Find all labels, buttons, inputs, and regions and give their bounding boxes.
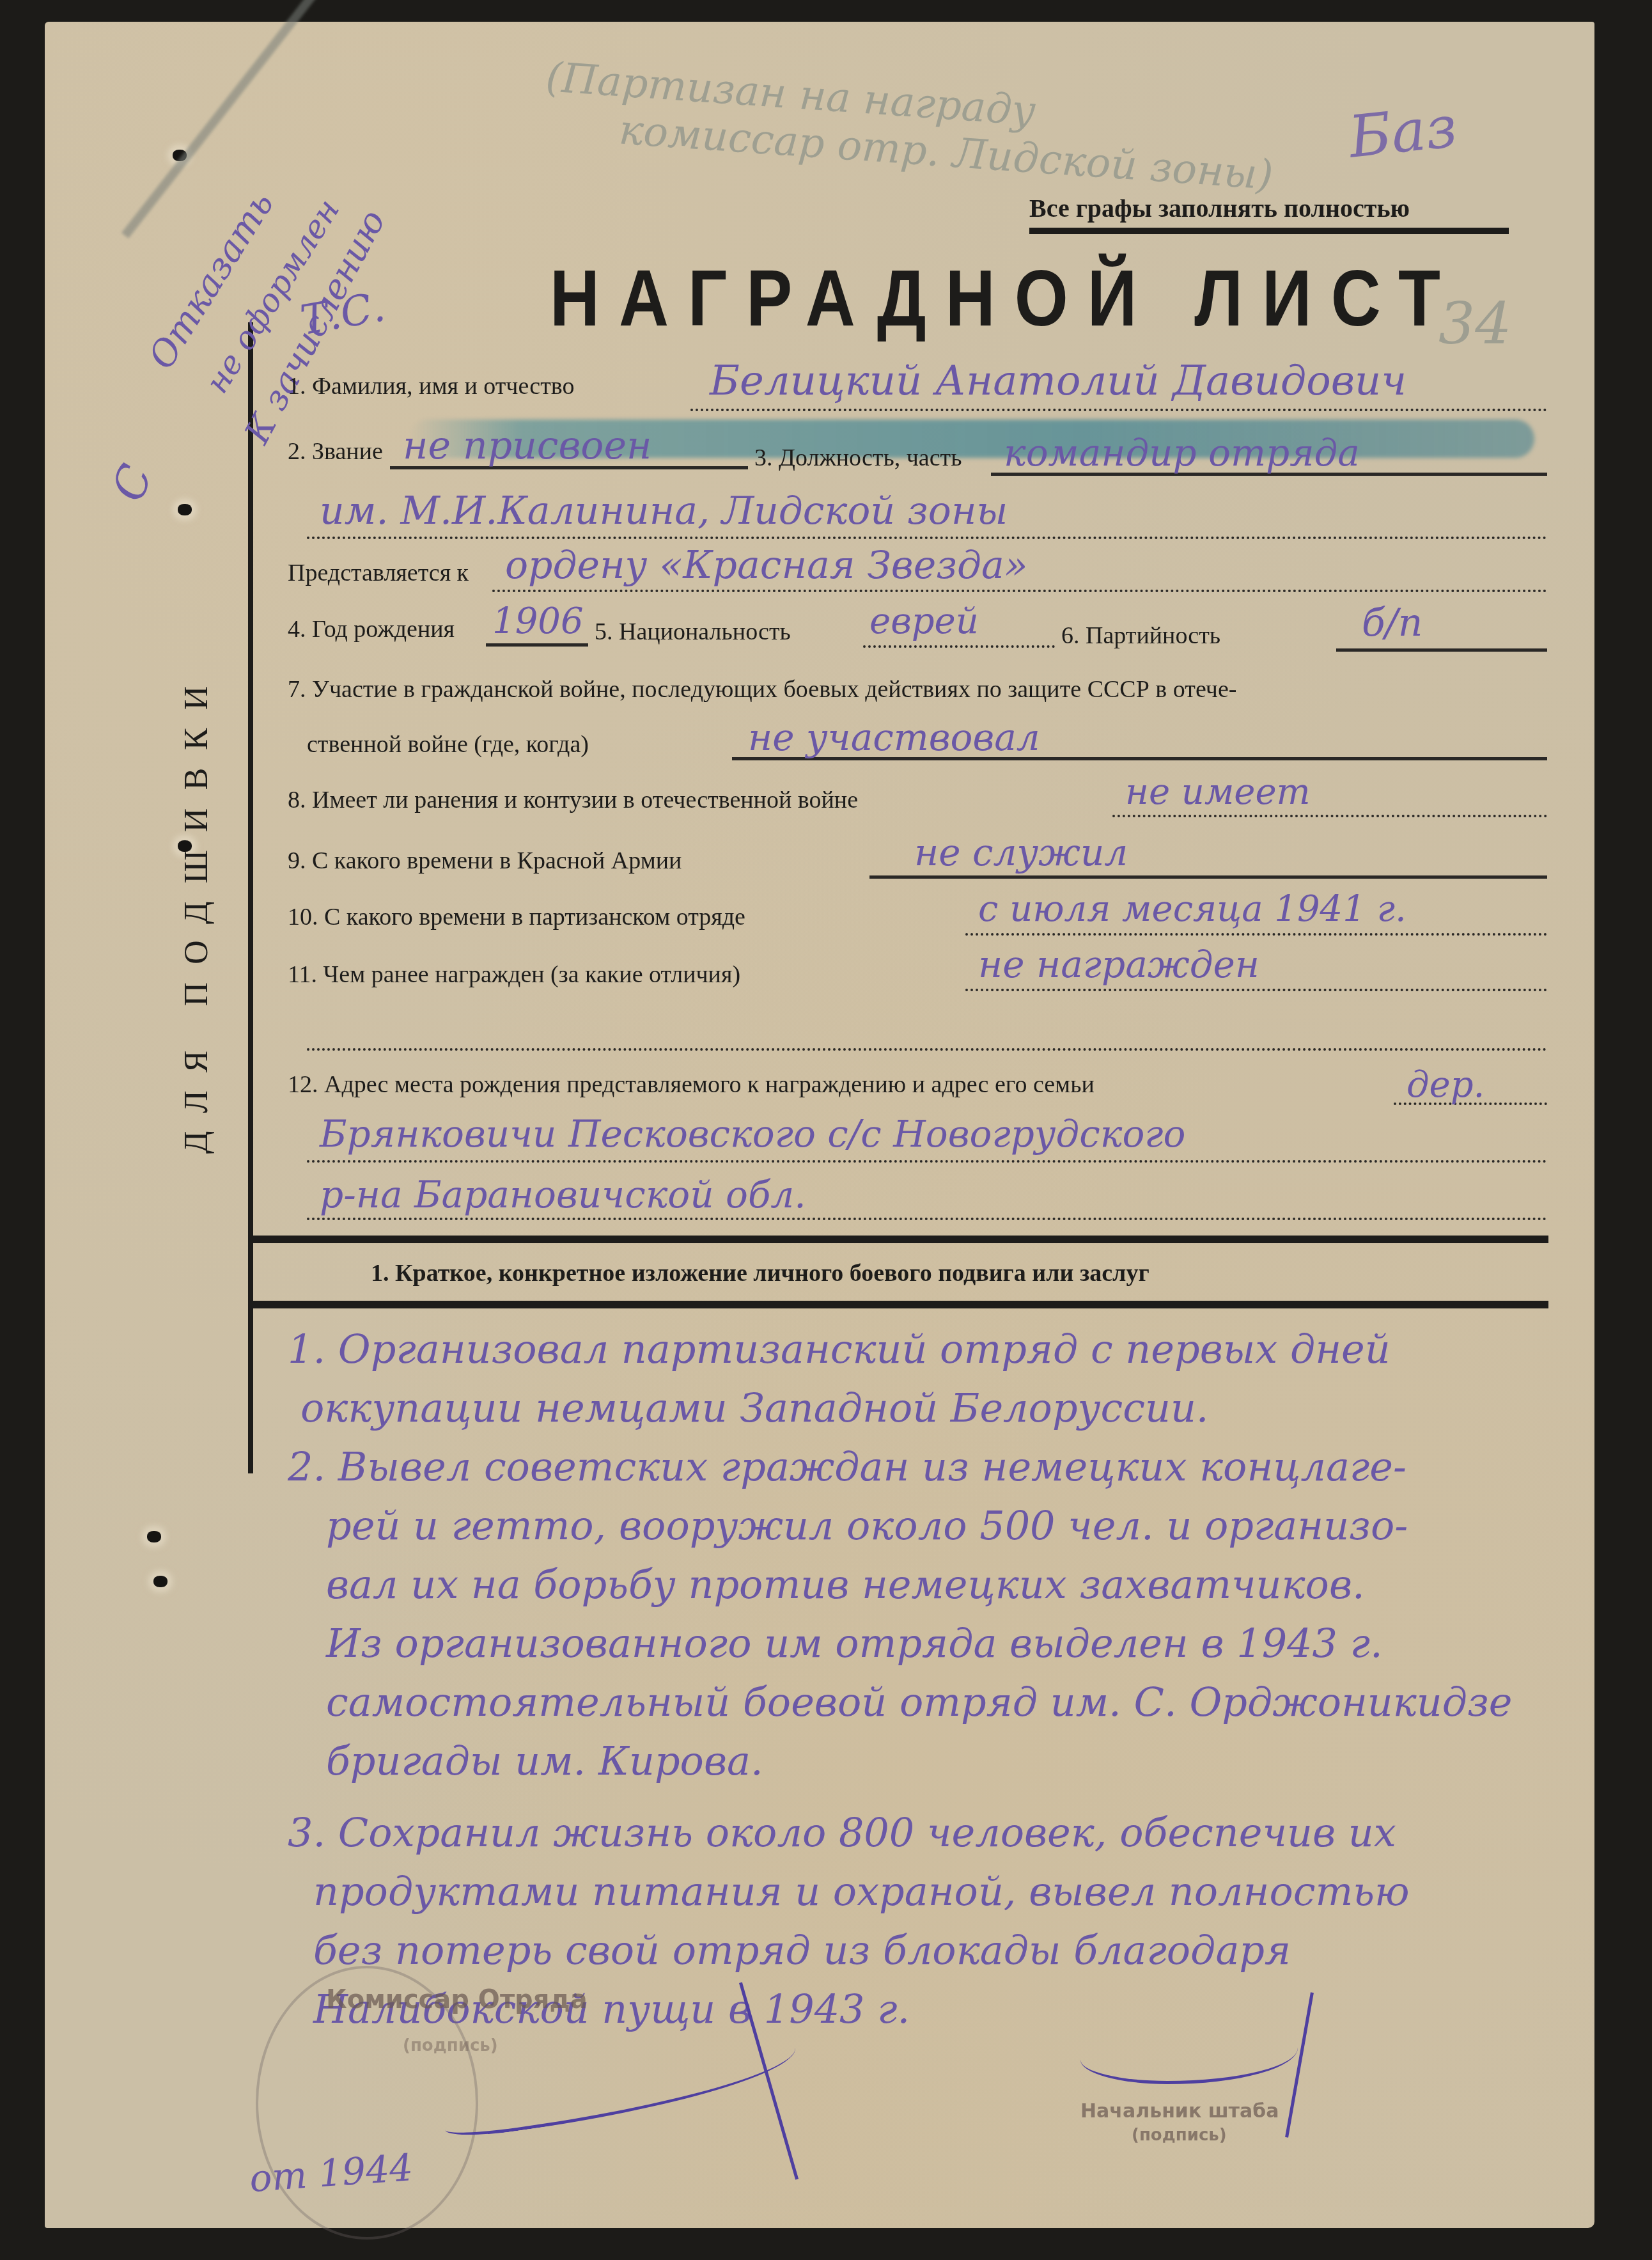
top-right-mark: Баз (1346, 93, 1460, 171)
award-sheet: (Партизан на награду комиссар отр. Лидск… (45, 22, 1594, 2228)
narrative-line: 1. Организовал партизанский отряд с перв… (288, 1320, 1513, 1379)
field-value-fio[interactable]: Белицкий Анатолий Давидович (710, 357, 1407, 405)
stamp-commissar: Комиссар Отряда (326, 1985, 588, 2014)
field-value-address[interactable]: дер. (1407, 1064, 1484, 1106)
field-line-position-cont (307, 537, 1547, 539)
top-pencil-note: (Партизан на награду комиссар отр. Лидск… (541, 54, 1278, 200)
field-value-party[interactable]: б/п (1362, 600, 1422, 645)
field-line-address-2 (307, 1160, 1547, 1163)
field-value-partisan-since[interactable]: с июля месяца 1941 г. (978, 888, 1407, 930)
field-value-address-cont[interactable]: Брянковичи Песковского с/с Новогрудского (320, 1112, 1186, 1156)
field-value-rank[interactable]: не присвоен (403, 423, 651, 468)
field-label-nominated-for: Представляется к (288, 559, 469, 587)
field-line-wounds (1112, 815, 1547, 817)
narrative-line: Из организованного им отряда выделен в 1… (326, 1614, 1513, 1673)
field-label-party: 6. Партийность (1061, 622, 1220, 650)
field-label-war-participation-2: ственной войне (где, когда) (307, 730, 589, 758)
field-label-wounds: 8. Имеет ли ранения и контузии в отечест… (288, 786, 858, 814)
punch-hole (147, 1531, 161, 1542)
punch-hole (153, 1576, 168, 1587)
field-line-red-army (869, 875, 1547, 879)
section-rule-top (251, 1236, 1548, 1243)
stamp-chief-of-staff: Начальник штаба (1080, 2100, 1279, 2123)
field-label-address: 12. Адрес места рождения представляемого… (288, 1071, 1095, 1099)
punch-hole (178, 504, 192, 515)
narrative-line: самостоятельный боевой отряд им. С. Ордж… (326, 1673, 1513, 1732)
field-value-wounds[interactable]: не имеет (1125, 771, 1311, 813)
field-label-birth-year: 4. Год рождения (288, 615, 455, 643)
field-value-nominated-for[interactable]: ордену «Красная Звезда» (505, 543, 1028, 588)
field-value-red-army[interactable]: не служил (914, 831, 1128, 874)
document-title: НАГРАДНОЙ ЛИСТ (550, 252, 1460, 344)
narrative-line: оккупации немцами Западной Белоруссии. (300, 1379, 1513, 1438)
field-label-red-army: 9. С какого времени в Красной Армии (288, 847, 682, 875)
field-label-position: 3. Должность, часть (754, 444, 962, 472)
section-heading: 1. Краткое, конкретное изложение личного… (371, 1259, 1149, 1287)
field-label-partisan-since: 10. С какого времени в партизанском отря… (288, 903, 745, 931)
field-label-nationality: 5. Национальность (595, 618, 791, 646)
field-line-address-3 (307, 1218, 1547, 1220)
stamp-commissar-sub: (подпись) (403, 2036, 498, 2055)
field-line-prior-awards-2 (307, 1048, 1547, 1051)
field-value-birth-year[interactable]: 1906 (492, 600, 584, 642)
field-value-address-cont-2[interactable]: р-на Барановичской обл. (320, 1173, 806, 1216)
field-label-prior-awards: 11. Чем ранее награжден (за какие отличи… (288, 961, 740, 989)
field-line-partisan-since (965, 933, 1547, 936)
narrative-line: рей и гетто, вооружил около 500 чел. и о… (326, 1496, 1513, 1555)
field-line-birth-year (486, 643, 588, 647)
binding-margin-label: ДЛЯ ПОДШИВКИ (178, 668, 215, 1154)
stamp-chief-of-staff-sub: (подпись) (1132, 2126, 1227, 2145)
field-label-fio: 1. Фамилия, имя и отчество (288, 372, 574, 400)
instruction-underline (1029, 228, 1509, 234)
field-label-rank: 2. Звание (288, 437, 383, 466)
signature-chief-of-staff (1080, 2023, 1298, 2084)
field-line-party (1336, 648, 1547, 652)
narrative-line: без потерь свой отряд из блокады благода… (313, 1921, 1513, 1980)
field-value-nationality[interactable]: еврей (869, 600, 979, 642)
field-line-fio (690, 409, 1547, 411)
field-value-position[interactable]: командир отряда (1004, 431, 1360, 475)
narrative-line: бригады им. Кирова. (326, 1732, 1513, 1791)
narrative-line: продуктами питания и охраной, вывел полн… (313, 1862, 1513, 1921)
field-label-war-participation: 7. Участие в гражданской войне, последую… (288, 675, 1236, 703)
field-value-war-participation[interactable]: не участвовал (748, 716, 1040, 759)
field-value-prior-awards[interactable]: не награжден (978, 943, 1259, 986)
narrative-line: вал их на борьбу против немецких захватч… (326, 1555, 1513, 1614)
narrative-line: 3. Сохранил жизнь около 800 человек, обе… (288, 1803, 1513, 1862)
field-line-nominated-for (492, 590, 1547, 592)
section-rule-bottom (251, 1301, 1548, 1308)
field-value-position-cont[interactable]: им. М.И.Калинина, Лидской зоны (320, 489, 1008, 533)
narrative[interactable]: 1. Организовал партизанский отряд с перв… (288, 1320, 1513, 2039)
field-line-prior-awards (965, 989, 1547, 991)
narrative-line: 2. Вывел советских граждан из немецких к… (288, 1438, 1513, 1496)
margin-note-lower: С (102, 458, 162, 508)
fill-instruction: Все графы заполнять полностью (1029, 193, 1410, 223)
field-line-nationality (863, 645, 1055, 648)
